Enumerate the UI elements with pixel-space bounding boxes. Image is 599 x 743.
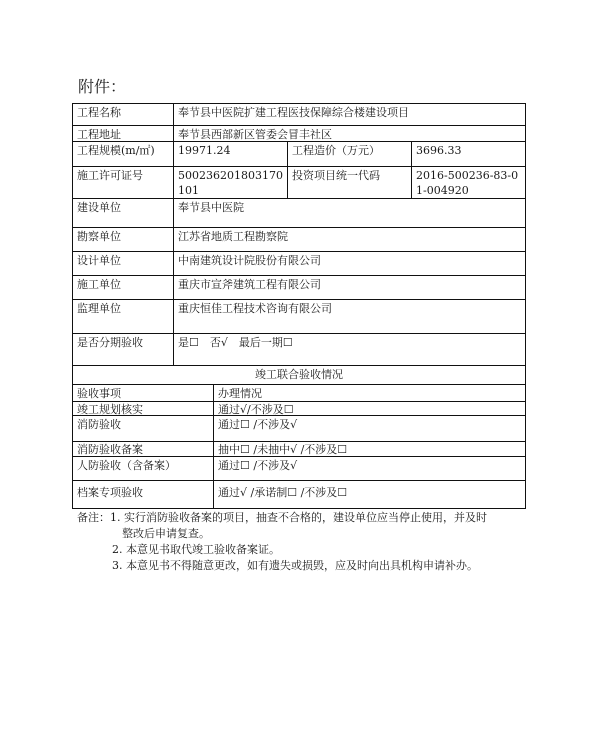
acceptance-status: 通过√ /承诺制☐ /不涉及☐ (213, 481, 525, 508)
permit-label: 施工许可证号 (73, 167, 173, 198)
project-cost-label: 工程造价（万元） (287, 142, 411, 166)
survey-label: 勘察单位 (73, 228, 173, 251)
project-scale-value: 19971.24 (173, 142, 287, 166)
acceptance-row: 消防验收备案 抽中☐ /未抽中√ /不涉及☐ (73, 441, 525, 456)
note-2: 2. 本意见书取代竣工验收备案证。 (77, 542, 527, 558)
notes-section: 备注：1. 实行消防验收备案的项目，抽查不合格的，建设单位应当停止使用，并及时 … (77, 510, 527, 574)
project-name-value: 奉节县中医院扩建工程医技保障综合楼建设项目 (173, 104, 525, 125)
row-acceptance-header: 验收事项 办理情况 (73, 384, 525, 401)
construction-value: 重庆市宣斧建筑工程有限公司 (173, 276, 525, 299)
acceptance-section-title: 竣工联合验收情况 (73, 366, 525, 384)
design-label: 设计单位 (73, 252, 173, 275)
acceptance-row: 人防验收（含备案） 通过☐ /不涉及√ (73, 456, 525, 480)
acceptance-item: 竣工规划核实 (73, 402, 213, 415)
row-design: 设计单位 中南建筑设计院股份有限公司 (73, 251, 525, 275)
acceptance-col-item: 验收事项 (73, 385, 213, 401)
survey-value: 江苏省地质工程勘察院 (173, 228, 525, 251)
acceptance-row: 档案专项验收 通过√ /承诺制☐ /不涉及☐ (73, 480, 525, 508)
row-phased: 是否分期验收 是☐ 否√ 最后一期☐ (73, 333, 525, 365)
investment-code-label: 投资项目统一代码 (287, 167, 411, 198)
acceptance-row: 竣工规划核实 通过√/不涉及☐ (73, 401, 525, 415)
acceptance-status: 通过☐ /不涉及√ (213, 457, 525, 480)
acceptance-row: 消防验收 通过☐ /不涉及√ (73, 415, 525, 441)
builder-label: 建设单位 (73, 199, 173, 227)
row-survey: 勘察单位 江苏省地质工程勘察院 (73, 227, 525, 251)
project-info-table: 工程名称 奉节县中医院扩建工程医技保障综合楼建设项目 工程地址 奉节县西部新区管… (72, 103, 526, 509)
acceptance-item: 档案专项验收 (73, 481, 213, 508)
supervision-value: 重庆恒佳工程技术咨询有限公司 (173, 300, 525, 333)
row-permit: 施工许可证号 500236201803170101 投资项目统一代码 2016-… (73, 166, 525, 198)
project-scale-label: 工程规模(m/㎡) (73, 142, 173, 166)
investment-code-value: 2016-500236-83-01-004920 (411, 167, 525, 198)
phased-label: 是否分期验收 (73, 334, 173, 365)
row-builder: 建设单位 奉节县中医院 (73, 198, 525, 227)
project-address-label: 工程地址 (73, 126, 173, 141)
supervision-label: 监理单位 (73, 300, 173, 333)
acceptance-col-status: 办理情况 (213, 385, 525, 401)
row-construction: 施工单位 重庆市宣斧建筑工程有限公司 (73, 275, 525, 299)
row-project-address: 工程地址 奉节县西部新区管委会冒丰社区 (73, 125, 525, 141)
project-cost-value: 3696.33 (411, 142, 525, 166)
acceptance-status: 通过☐ /不涉及√ (213, 416, 525, 441)
acceptance-item: 人防验收（含备案） (73, 457, 213, 480)
row-project-name: 工程名称 奉节县中医院扩建工程医技保障综合楼建设项目 (73, 104, 525, 125)
row-acceptance-title: 竣工联合验收情况 (73, 365, 525, 384)
project-address-value: 奉节县西部新区管委会冒丰社区 (173, 126, 525, 141)
row-supervision: 监理单位 重庆恒佳工程技术咨询有限公司 (73, 299, 525, 333)
note-1: 备注：1. 实行消防验收备案的项目，抽查不合格的，建设单位应当停止使用，并及时 (77, 510, 527, 526)
note-3: 3. 本意见书不得随意更改，如有遗失或损毁，应及时向出具机构申请补办。 (77, 558, 527, 574)
design-value: 中南建筑设计院股份有限公司 (173, 252, 525, 275)
acceptance-item: 消防验收备案 (73, 442, 213, 456)
builder-value: 奉节县中医院 (173, 199, 525, 227)
attachment-title: 附件： (78, 74, 126, 97)
acceptance-status: 通过√/不涉及☐ (213, 402, 525, 415)
project-name-label: 工程名称 (73, 104, 173, 125)
row-project-scale: 工程规模(m/㎡) 19971.24 工程造价（万元） 3696.33 (73, 141, 525, 166)
permit-value: 500236201803170101 (173, 167, 287, 198)
notes-prefix: 备注： (77, 511, 110, 524)
note-1-continued: 整改后申请复查。 (77, 526, 527, 542)
acceptance-status: 抽中☐ /未抽中√ /不涉及☐ (213, 442, 525, 456)
construction-label: 施工单位 (73, 276, 173, 299)
phased-value: 是☐ 否√ 最后一期☐ (173, 334, 525, 365)
acceptance-item: 消防验收 (73, 416, 213, 441)
